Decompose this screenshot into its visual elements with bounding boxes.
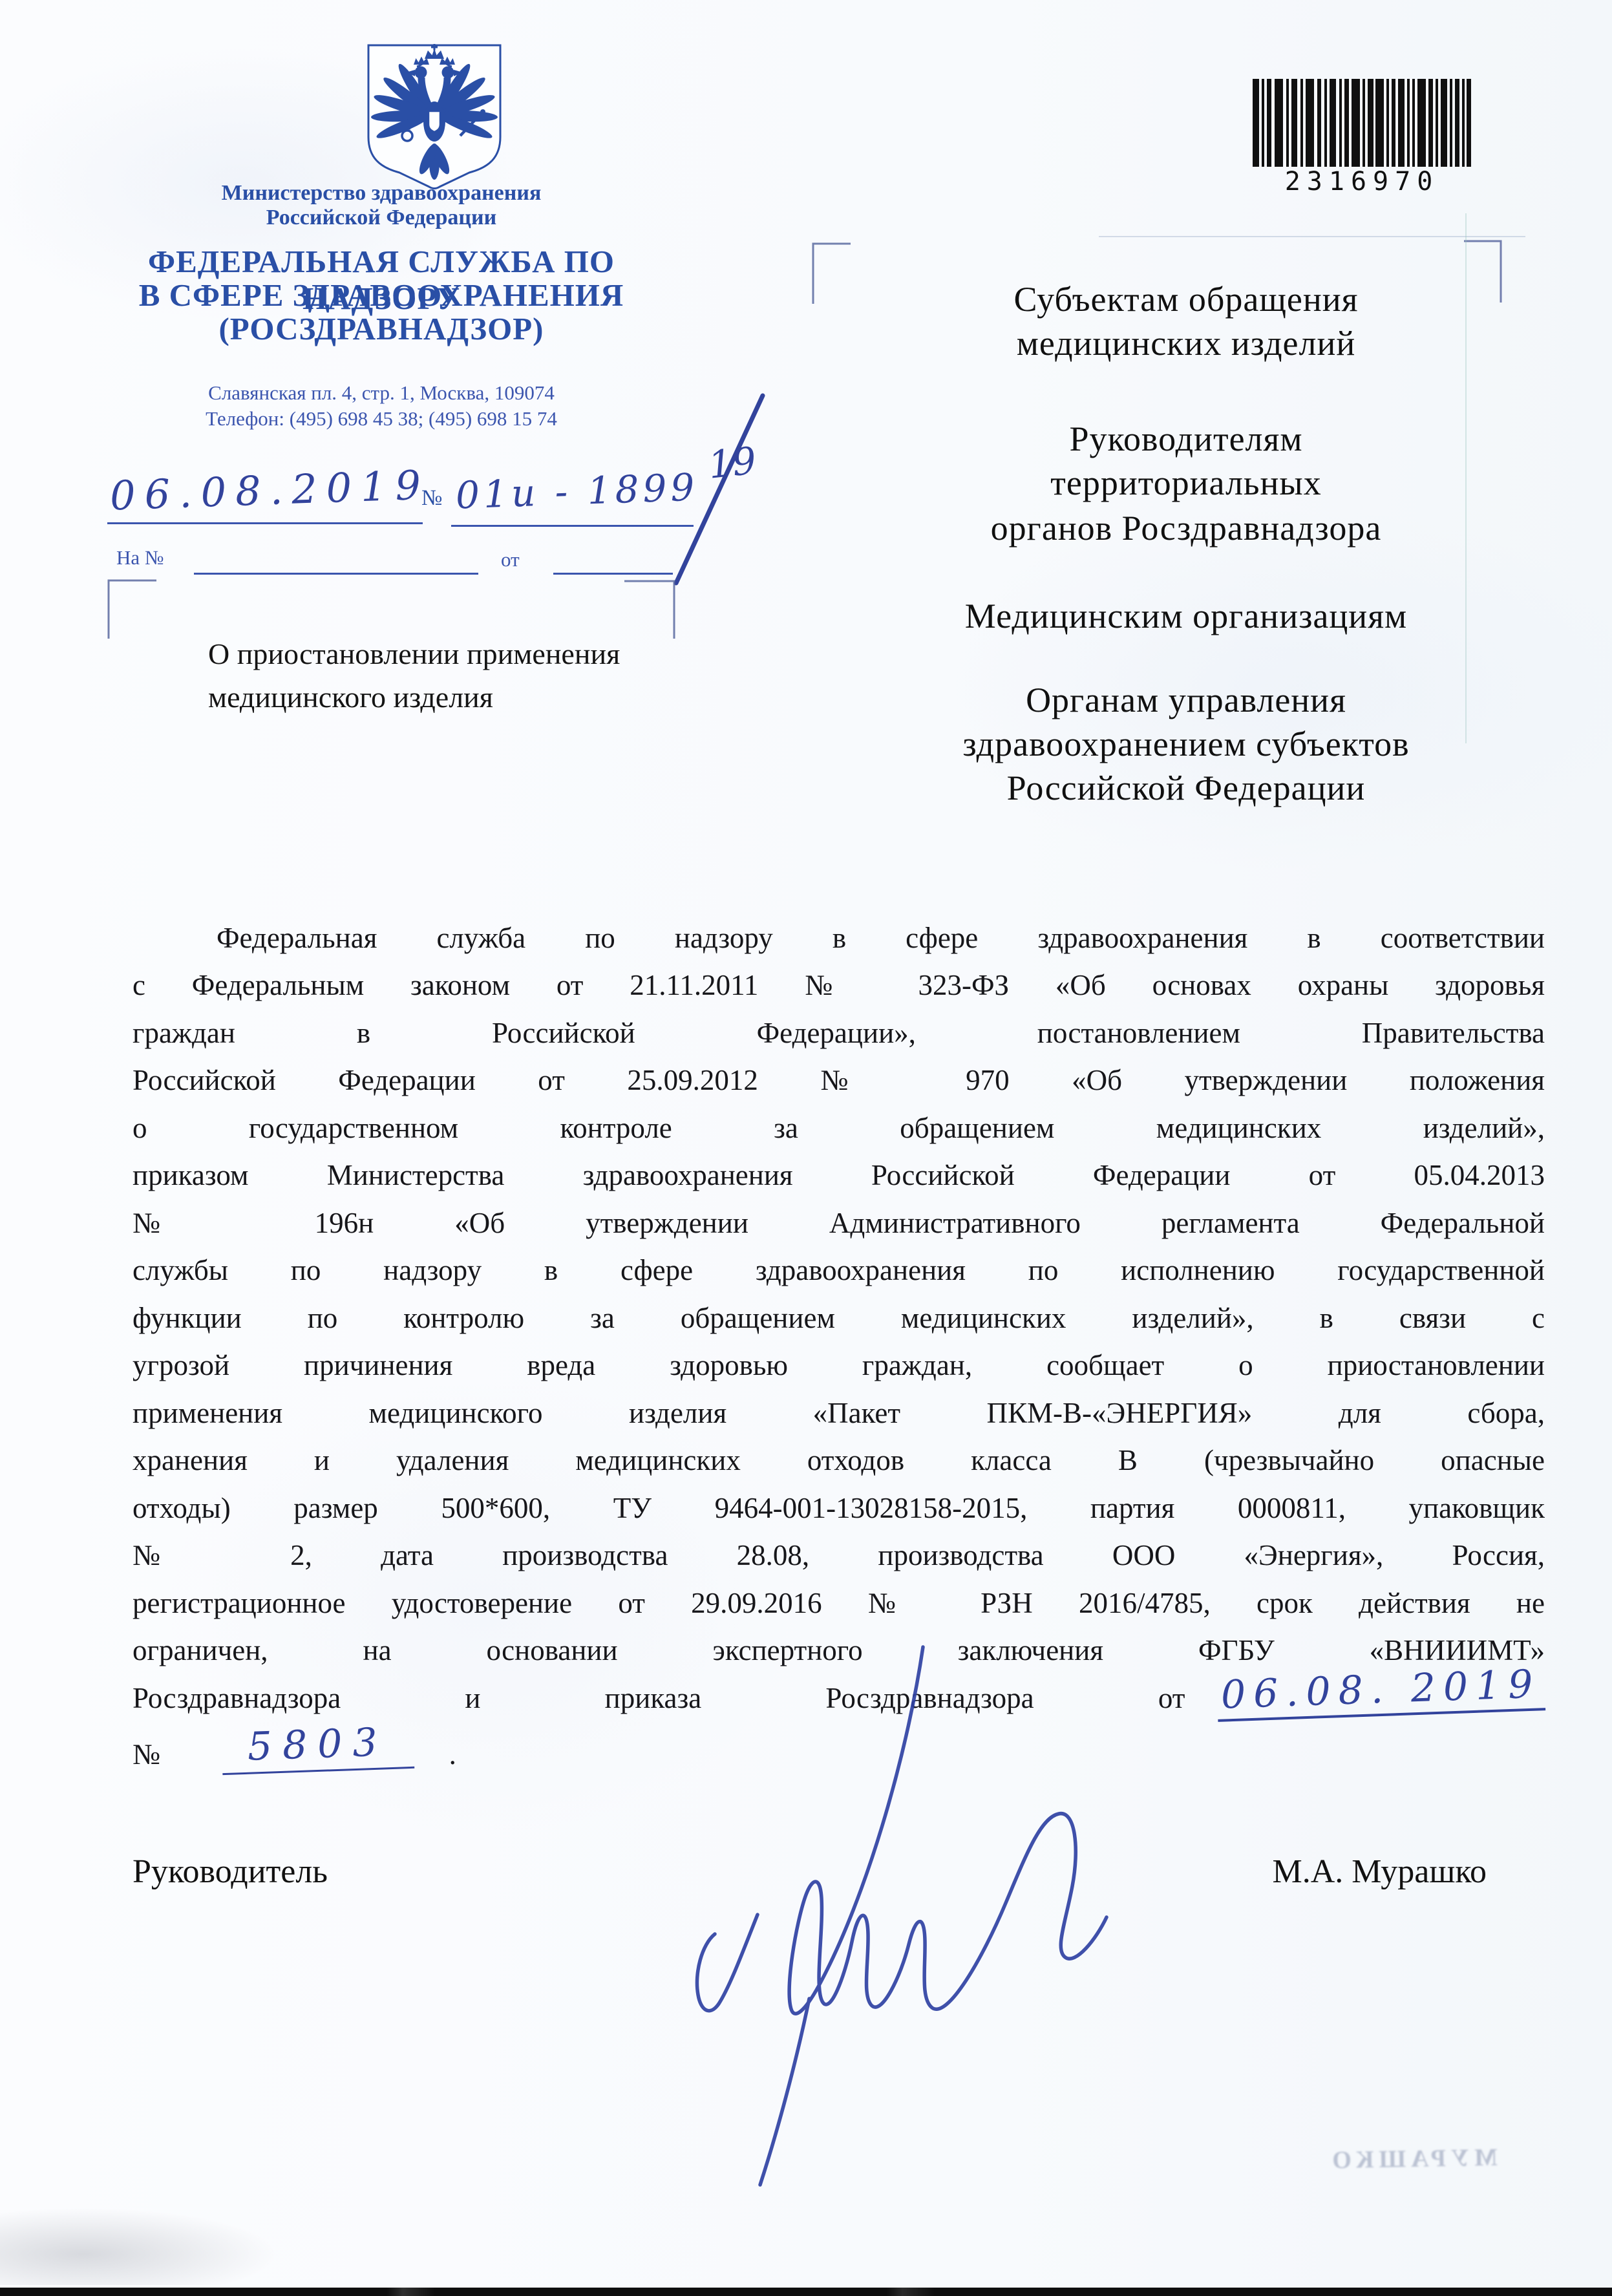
reg-date-handwritten: 06.08.2019 (109, 461, 430, 519)
barcode-number: 2316970 (1253, 167, 1471, 197)
reg-date-underline (107, 522, 423, 524)
body-line-3: граждан в Российской Федерации», постано… (133, 1016, 1545, 1050)
order-date-handwritten: 06.08. 2019 (1216, 1661, 1545, 1722)
bleed-through-text: МУРАШКО (1260, 2142, 1565, 2176)
service-line-2: В СФЕРЕ ЗДРАВООХРАНЕНИЯ (78, 277, 685, 314)
body-line-12: хранения и удаления медицинских отходов … (133, 1443, 1545, 1477)
body-line-4: Российской Федерации от 25.09.2012 № 970… (133, 1063, 1545, 1097)
addressee-line: Органам управления (860, 680, 1512, 720)
order-number-handwritten: 5803 (221, 1719, 414, 1775)
body-line-14: № 2, дата производства 28.08, производст… (133, 1538, 1545, 1572)
barcode (1253, 79, 1471, 167)
body-line-13: отходы) размер 500*600, ТУ 9464-001-1302… (133, 1491, 1545, 1525)
subject-line-2: медицинского изделия (208, 680, 493, 714)
reg-no-sign: № (421, 486, 442, 511)
letterhead-phone: Телефон: (495) 698 45 38; (495) 698 15 7… (78, 407, 685, 430)
addressee-line: здравоохранением субъектов (860, 724, 1512, 764)
body-line-11: применения медицинского изделия «Пакет П… (133, 1396, 1545, 1430)
body-line-10: угрозой причинения вреда здоровью гражда… (133, 1348, 1545, 1382)
body-line-17-text: Росздравнадзора и приказа Росздравнадзор… (133, 1681, 1185, 1715)
reg-number-suffix-handwritten: 19 (706, 438, 759, 487)
signature-name: М.А. Мурашко (1170, 1853, 1487, 1891)
addressee-line: Субъектам обращения (860, 279, 1512, 319)
order-no-sign: № (133, 1738, 160, 1770)
ministry-line-2: Российской Федерации (78, 206, 685, 230)
body-line-15: регистрационное удостоверение от 29.09.2… (133, 1586, 1545, 1620)
body-line-9: функции по контролю за обращением медици… (133, 1301, 1545, 1335)
addressee-line: медицинских изделий (860, 323, 1512, 363)
reg-number-underline (451, 525, 694, 527)
addressee-line: Руководителям (860, 419, 1512, 459)
body-line-1: Федеральная служба по надзору в сфере зд… (133, 921, 1545, 955)
reply-number-underline (194, 573, 478, 575)
scan-smudge (0, 2207, 278, 2285)
scanned-letter-page: Министерство здравоохранения Российской … (0, 0, 1612, 2296)
ministry-line-1: Министерство здравоохранения (78, 181, 685, 206)
body-line-6: приказом Министерства здравоохранения Ро… (133, 1158, 1545, 1192)
reply-from-label: от (501, 548, 520, 571)
order-line-period: . (449, 1738, 456, 1770)
signature-title: Руководитель (133, 1853, 328, 1891)
addressee-line: органов Росздравнадзора (860, 508, 1512, 548)
scan-bottom-band (0, 2288, 1612, 2296)
service-line-3: (РОСЗДРАВНАДЗОР) (78, 310, 685, 347)
addressee-line: Медицинским организациям (860, 596, 1512, 636)
body-line-7: № 196н «Об утверждении Административного… (133, 1206, 1545, 1240)
body-line-18: №5803. (133, 1728, 1545, 1778)
reply-label: На № (116, 546, 164, 569)
subject-line-1: О приостановлении применения (208, 637, 620, 671)
body-line-16: ограничен, на основании экспертного закл… (133, 1633, 1545, 1667)
reply-date-underline (553, 573, 673, 575)
reg-number-handwritten: 01и - 1899 (455, 465, 699, 517)
body-line-2: с Федеральным законом от 21.11.2011 № 32… (133, 968, 1545, 1002)
body-line-5: о государственном контроле за обращением… (133, 1111, 1545, 1145)
body-line-8: службы по надзору в сфере здравоохранени… (133, 1253, 1545, 1287)
addressee-line: территориальных (860, 463, 1512, 503)
addressee-line: Российской Федерации (860, 768, 1512, 808)
coat-of-arms-icon (359, 39, 509, 191)
letterhead-address: Славянская пл. 4, стр. 1, Москва, 109074 (78, 381, 685, 405)
